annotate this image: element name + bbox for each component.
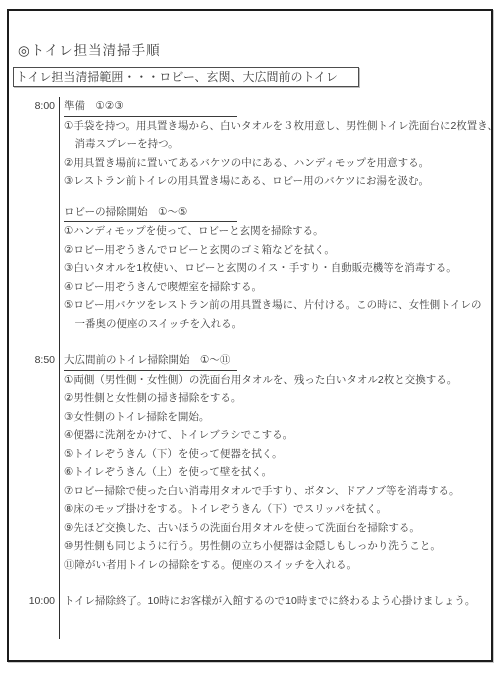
schedule: 8:00準備 ①②③①手袋を持つ。用具置き場から、白いタオルを３枚用意し、男性側… [15, 97, 491, 639]
procedure-line: ②ロビー用ぞうきんでロビーと玄関のゴミ箱などを拭く。 [64, 241, 498, 260]
procedure-line: ④便器に洗剤をかけて、トイレブラシでこする。 [64, 426, 491, 445]
schedule-content: 大広間前のトイレ掃除開始 ①～⑪①両側（男性側・女性側）の洗面台用タオルを、残っ… [59, 351, 491, 592]
procedure-line: ⑦ロビー掃除で使った白い消毒用タオルで手すり、ボタン、ドアノブ等を消毒する。 [64, 482, 491, 501]
procedure-line: ①手袋を持つ。用具置き場から、白いタオルを３枚用意し、男性側トイレ洗面台に2枚置… [64, 117, 498, 136]
procedure-line: 消毒スプレーを持つ。 [64, 135, 498, 154]
procedure-line: ⑧床のモップ掛けをする。トイレぞうきん（下）でスリッパを拭く。 [64, 500, 491, 519]
schedule-content: トイレ掃除終了。10時にお客様が入館するので10時までに終わるよう心掛けましょう… [59, 592, 491, 639]
procedure-section: トイレ掃除終了。10時にお客様が入館するので10時までに終わるよう心掛けましょう… [64, 592, 491, 611]
procedure-line: ③女性側のトイレ掃除を開始。 [64, 408, 491, 427]
procedure-line: ③白いタオルを1枚使い、ロビーと玄関のイス・手すり・自動販売機等を消毒する。 [64, 259, 498, 278]
scope-box-label: トイレ担当清掃範囲・・・ロビー、玄関、大広間前のトイレ [16, 71, 356, 84]
procedure-line: ⑪障がい者用トイレの掃除をする。便座のスイッチを入れる。 [64, 556, 491, 575]
procedure-line: ⑥トイレぞうきん（上）を使って壁を拭く。 [64, 463, 491, 482]
time-label: 10:00 [15, 592, 59, 639]
section-heading: 大広間前のトイレ掃除開始 ①～⑪ [64, 351, 237, 371]
schedule-content: 準備 ①②③①手袋を持つ。用具置き場から、白いタオルを３枚用意し、男性側トイレ洗… [59, 97, 498, 351]
section-heading: ロビーの掃除開始 ①～⑤ [64, 203, 237, 223]
procedure-line: ④ロビー用ぞうきんで喫煙室を掃除する。 [64, 278, 498, 297]
procedure-line: ⑤ロビー用バケツをレストラン前の用具置き場に、片付ける。この時に、女性側トイレの [64, 296, 498, 315]
procedure-section: ロビーの掃除開始 ①～⑤①ハンディモップを使って、ロビーと玄関を掃除する。②ロビ… [64, 203, 498, 334]
procedure-line: ⑩男性側も同じように行う。男性側の立ち小便器は金隠しもしっかり洗うこと。 [64, 537, 491, 556]
schedule-block: 8:50大広間前のトイレ掃除開始 ①～⑪①両側（男性側・女性側）の洗面台用タオル… [15, 351, 491, 592]
time-label: 8:00 [15, 97, 59, 351]
procedure-line: ⑨先ほど交換した、古いほうの洗面台用タオルを使って洗面台を掃除する。 [64, 519, 491, 538]
procedure-line: ①ハンディモップを使って、ロビーと玄関を掃除する。 [64, 222, 498, 241]
procedure-line: ⑤トイレぞうきん（下）を使って便器を拭く。 [64, 445, 491, 464]
procedure-line: トイレ掃除終了。10時にお客様が入館するので10時までに終わるよう心掛けましょう… [64, 592, 491, 611]
section-heading: 準備 ①②③ [64, 97, 237, 117]
page-title: ◎トイレ担当清掃手順 [18, 44, 491, 58]
procedure-line: ②男性側と女性側の掃き掃除をする。 [64, 389, 491, 408]
time-label: 8:50 [15, 351, 59, 592]
procedure-line: ①両側（男性側・女性側）の洗面台用タオルを、残った白いタオル2枚と交換する。 [64, 371, 491, 390]
procedure-line: ②用具置き場前に置いてあるバケツの中にある、ハンディモップを用意する。 [64, 154, 498, 173]
procedure-section: 大広間前のトイレ掃除開始 ①～⑪①両側（男性側・女性側）の洗面台用タオルを、残っ… [64, 351, 491, 574]
procedure-line: 一番奥の便座のスイッチを入れる。 [64, 315, 498, 334]
schedule-block: 10:00トイレ掃除終了。10時にお客様が入館するので10時までに終わるよう心掛… [15, 592, 491, 639]
procedure-section: 準備 ①②③①手袋を持つ。用具置き場から、白いタオルを３枚用意し、男性側トイレ洗… [64, 97, 498, 191]
document-page: ◎トイレ担当清掃手順 トイレ担当清掃範囲・・・ロビー、玄関、大広間前のトイレ 8… [0, 0, 500, 700]
procedure-line: ③レストラン前トイレの用具置き場にある、ロビー用のバケツにお湯を汲む。 [64, 172, 498, 191]
schedule-block: 8:00準備 ①②③①手袋を持つ。用具置き場から、白いタオルを３枚用意し、男性側… [15, 97, 491, 351]
scope-box: トイレ担当清掃範囲・・・ロビー、玄関、大広間前のトイレ [13, 67, 359, 87]
document-sheet: ◎トイレ担当清掃手順 トイレ担当清掃範囲・・・ロビー、玄関、大広間前のトイレ 8… [7, 9, 493, 662]
